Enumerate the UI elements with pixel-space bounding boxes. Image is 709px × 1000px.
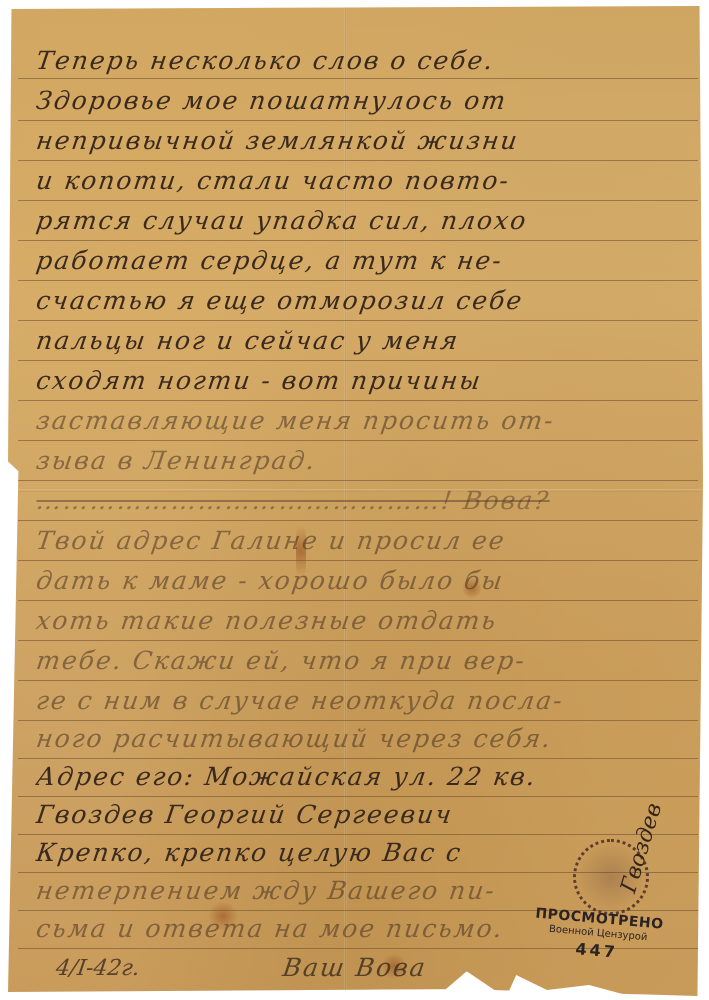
letter-line: счастью я еще отморозил себе: [33, 286, 678, 322]
letter-date: 4/I-42г.: [54, 956, 141, 981]
letter-line: Теперь несколько слов о себе.: [33, 46, 678, 82]
letter-line: ного расчитывающий через себя.: [33, 724, 678, 760]
letter-line: тебе. Скажи ей, что я при вер-: [33, 646, 678, 682]
letter-line-name: Гвоздев Георгий Сергеевич: [33, 800, 678, 836]
letter-line: пальцы ног и сейчас у меня: [33, 326, 678, 362]
letter-line: Твой адрес Галине и просил ее: [33, 526, 678, 562]
letter-line: Здоровье мое пошатнулось от: [33, 86, 678, 122]
postmark-stamp-icon: [573, 839, 649, 915]
letter-line: и копоти, стали часто повто-: [33, 166, 678, 202]
letter-line: рятся случаи упадка сил, плохо: [33, 206, 678, 242]
letter-line-crossed-out: ………………………………………! Вова?: [33, 486, 678, 522]
letter-signature: Ваш Вова: [281, 953, 429, 982]
letter-line: зыва в Ленинград.: [33, 446, 678, 482]
letter-line: сходят ногти - вот причины: [33, 366, 678, 402]
letter-line: хоть такие полезные отдать: [33, 606, 678, 642]
letter-line: работает сердце, а тут к не-: [33, 246, 678, 282]
torn-edge-left: [0, 470, 12, 490]
letter-line: непривычной землянкой жизни: [33, 126, 678, 162]
letter-line: дать к маме - хорошо было бы: [33, 566, 678, 602]
letter-line: заставляющие меня просить от-: [33, 406, 678, 442]
letter-line-address: Адрес его: Можайская ул. 22 кв.: [33, 762, 678, 798]
letter-line: ге с ним в случае неоткуда посла-: [33, 686, 678, 722]
letter-sheet: Теперь несколько слов о себе. Здоровье м…: [8, 6, 703, 996]
